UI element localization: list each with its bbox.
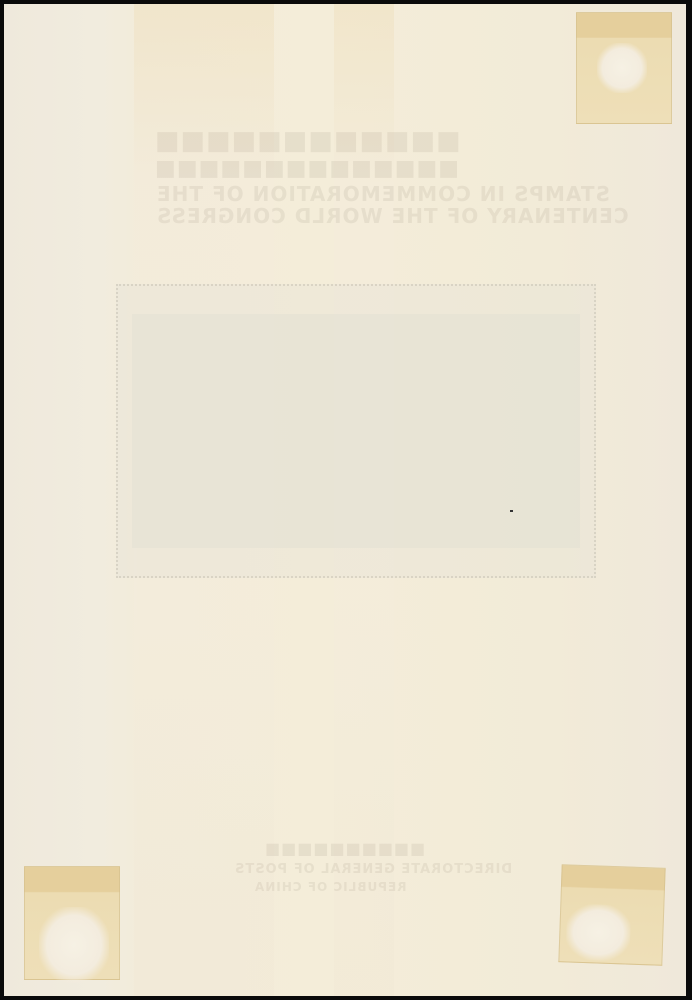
sheet-reverse: ■■■■■■■■■■■■ ■■■■■■■■■■■■■■ STAMPS IN CO…: [4, 4, 686, 996]
paper-speck: [510, 510, 513, 512]
showthrough-subtitle: STAMPS IN COMMEMORATION OF THE: [156, 182, 610, 206]
perforated-sheet-outline: [116, 284, 596, 578]
showthrough-footer: ■■■■■■■■■■: [264, 839, 425, 858]
showthrough-subtitle: CENTENARY OF THE WORLD CONGRESS: [156, 204, 629, 228]
showthrough-footer: DIRECTORATE GENERAL OF POSTS: [234, 862, 512, 877]
showthrough-title: ■■■■■■■■■■■■: [154, 126, 461, 156]
showthrough-footer: REPUBLIC OF CHINA: [254, 880, 406, 894]
hinge-remnant-bottom-left: [24, 866, 120, 980]
hinge-remnant-bottom-right: [558, 864, 665, 966]
showthrough-title: ■■■■■■■■■■■■■■: [154, 156, 459, 181]
hinge-remnant-top-right: [576, 12, 672, 124]
stamp-area-showthrough: [132, 314, 580, 548]
